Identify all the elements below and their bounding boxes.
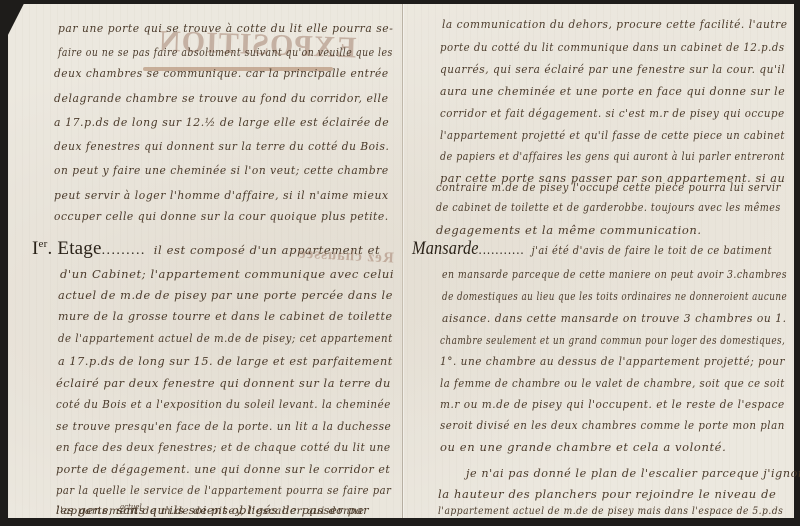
right-page: la communication du dehors, procure cett… <box>404 4 794 518</box>
manuscript-line: la hauteur des planchers pour rejoindre … <box>438 487 776 501</box>
heading-leader-dots: ........... <box>479 243 525 258</box>
heading-word: Etage <box>57 238 101 259</box>
section-heading-mansarde: Mansarde...........j'ai été d'avis de fa… <box>412 238 772 260</box>
manuscript-line: 1°. une chambre au dessus de l'apparteme… <box>440 354 785 368</box>
manuscript-line: d'un Cabinet; l'appartement communique a… <box>60 267 394 281</box>
manuscript-line: aisance. dans cette mansarde on trouve 3… <box>442 311 787 325</box>
manuscript-line: contraire m.de de pisey l'occupe cette p… <box>436 180 781 194</box>
manuscript-line: par la quelle le service de l'appartemen… <box>56 483 391 497</box>
manuscript-line: m.r ou m.de de pisey qui l'occupent. et … <box>440 397 785 411</box>
manuscript-line: par une porte qui se trouve à cotte du l… <box>58 21 393 35</box>
manuscript-line: peut servir à loger l'homme d'affaire, s… <box>54 188 389 202</box>
manuscript-line: l'appartement de m.de de pisey, l'escali… <box>56 505 365 517</box>
manuscript-line: a 17.p.ds de long sur 12.½ de large elle… <box>54 115 389 129</box>
manuscript-line: l'appartement projetté et qu'il fasse de… <box>440 128 785 142</box>
manuscript-line: a 17.p.ds de long sur 15. de large et es… <box>58 354 393 368</box>
manuscript-line: delagrande chambre se trouve au fond du … <box>54 91 389 105</box>
manuscript-line: faire ou ne se pas faire absolument suiv… <box>58 45 393 59</box>
manuscript-line: la femme de chambre ou le valet de chamb… <box>440 376 785 390</box>
manuscript-line: ou en une grande chambre et cela a volon… <box>440 440 726 454</box>
left-page: EXPOSITION par une porte qui se trouve à… <box>8 4 402 518</box>
heading-continuation: j'ai été d'avis de faire le toit de ce b… <box>532 243 773 257</box>
manuscript-line: éclairé par deux fenestre qui donnent su… <box>56 376 391 390</box>
manuscript-line: quarrés, qui sera éclairé par une fenest… <box>440 62 785 76</box>
manuscript-line: de cabinet de toilette et de garderobbe.… <box>436 200 781 214</box>
page-fold <box>402 4 403 518</box>
manuscript-line: porte du cotté du lit communique dans un… <box>440 40 785 54</box>
manuscript-line: porte de dégagement. une qui donne sur l… <box>56 462 390 476</box>
manuscript-line: en face des deux fenestres; et de chaque… <box>56 440 391 454</box>
heading-word: Mansarde <box>412 238 479 259</box>
manuscript-line: occuper celle qui donne sur la cour quoi… <box>54 209 389 223</box>
manuscript-line: la communication du dehors, procure cett… <box>442 17 787 31</box>
manuscript-line: l'appartement actuel de m.de de pisey ma… <box>438 505 783 517</box>
manuscript-line: deux fenestres qui donnent sur la terre … <box>54 139 389 153</box>
manuscript-line: actuel de m.de de pisey par une porte pe… <box>58 288 393 302</box>
manuscript-line: deux chambres se communique. car la prin… <box>54 66 389 80</box>
manuscript-line: mure de la grosse tourre et dans le cabi… <box>58 309 393 323</box>
manuscript-line: de domestiques au lieu que les toits ord… <box>442 289 787 303</box>
manuscript-line: on peut y faire une cheminée si l'on veu… <box>54 163 389 177</box>
rez-chaussee-stamp: Rez chaussée <box>298 246 394 268</box>
manuscript-line: corridor et fait dégagement. si c'est m.… <box>440 106 785 120</box>
heading-dot: . <box>47 238 52 259</box>
manuscript-line: de l'appartement actuel de m.de de pisey… <box>58 331 393 345</box>
manuscript-line: seroit divisé en les deux chambres comme… <box>440 418 785 432</box>
manuscript-line: de papiers et d'affaires les gens qui au… <box>440 149 785 163</box>
manuscript-line: en mansarde parceque de cette maniere on… <box>442 267 787 281</box>
manuscript-line: coté du Bois et a l'exposition du soleil… <box>56 397 391 411</box>
manuscript-line: se trouve presqu'en face de la porte. un… <box>56 419 391 433</box>
manuscript-line: je n'ai pas donné le plan de l'escalier … <box>466 466 800 480</box>
manuscript-line: chambre seulement et un grand commun pou… <box>440 333 785 347</box>
manuscript-line: degagements et la même communication. <box>436 223 702 237</box>
heading-leader-dots: ......... <box>102 243 146 258</box>
manuscript-line: aura une cheminée et une porte en face q… <box>440 84 785 98</box>
